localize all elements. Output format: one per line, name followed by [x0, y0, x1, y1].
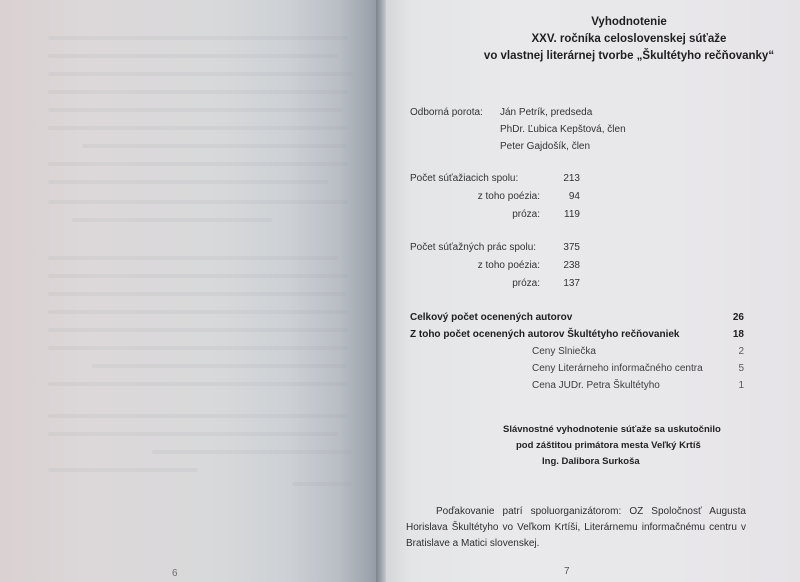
awards-total-row: Celkový počet ocenených autorov 26 [410, 309, 744, 326]
stat-value: 137 [550, 275, 580, 293]
awards-rhymes-row: Z toho počet ocenených autorov Škultétyh… [410, 326, 744, 343]
award-label: Ceny Slniečka [532, 343, 596, 360]
award-row: Ceny Slniečka 2 [410, 343, 744, 360]
page-number-right: 7 [564, 566, 570, 577]
stat-value: 375 [550, 239, 580, 257]
award-value: 2 [738, 343, 744, 360]
awards-total-label: Celkový počet ocenených autorov [410, 309, 572, 326]
right-page: Vyhodnotenie XXV. ročníka celoslovenskej… [386, 0, 800, 582]
stat-row-prose: próza: 119 [410, 206, 580, 224]
title-line-1: Vyhodnotenie [386, 14, 800, 31]
stat-value: 119 [550, 206, 580, 224]
award-value: 5 [738, 360, 744, 377]
ceremony-line-2: pod záštitou primátora mesta Veľký Krtíš [516, 438, 800, 454]
stat-label: Počet súťažiacich spolu: [410, 170, 518, 188]
stat-row-poetry: z toho poézia: 94 [410, 188, 580, 206]
award-row: Cena JUDr. Petra Škultétyho 1 [410, 377, 744, 394]
awards-rhymes-value: 18 [733, 326, 744, 343]
stat-row-poetry: z toho poézia: 238 [410, 257, 580, 275]
jury-member: Peter Gajdošík, člen [500, 138, 626, 155]
show-through-text [42, 30, 362, 500]
jury-members: Ján Petrík, predseda PhDr. Ľubica Kepšto… [500, 104, 626, 155]
acknowledgement-paragraph: Poďakovanie patrí spoluorganizátorom: OZ… [406, 504, 746, 552]
jury-member: PhDr. Ľubica Kepštová, člen [500, 121, 626, 138]
works-stats: Počet súťažných prác spolu: 375 z toho p… [410, 239, 580, 293]
jury-label: Odborná porota: [410, 104, 483, 121]
jury-member: Ján Petrík, predseda [500, 104, 626, 121]
award-value: 1 [738, 377, 744, 394]
stat-label: Počet súťažných prác spolu: [410, 239, 536, 257]
stat-label: z toho poézia: [478, 257, 540, 275]
ceremony-note: Slávnostné vyhodnotenie súťaže sa uskuto… [386, 422, 800, 470]
title-line-2: XXV. ročníka celoslovenskej súťaže [386, 31, 800, 48]
stat-label: z toho poézia: [478, 188, 540, 206]
title-line-3: vo vlastnej literárnej tvorbe „Škultétyh… [386, 48, 800, 65]
award-row: Ceny Literárneho informačného centra 5 [410, 360, 744, 377]
competitors-stats: Počet súťažiacich spolu: 213 z toho poéz… [410, 170, 580, 224]
ceremony-line-1: Slávnostné vyhodnotenie súťaže sa uskuto… [503, 422, 800, 438]
award-label: Ceny Literárneho informačného centra [532, 360, 703, 377]
stat-label: próza: [512, 206, 540, 224]
left-page: 6 [0, 0, 385, 582]
stat-value: 213 [550, 170, 580, 188]
stat-value: 94 [550, 188, 580, 206]
award-label: Cena JUDr. Petra Škultétyho [532, 377, 660, 394]
book-gutter [376, 0, 386, 582]
awards-total-value: 26 [733, 309, 744, 326]
ceremony-line-3: Ing. Dalibora Surkoša [542, 454, 800, 470]
awards-section: Celkový počet ocenených autorov 26 Z toh… [410, 309, 744, 394]
stat-row-total: Počet súťažných prác spolu: 375 [410, 239, 580, 257]
stat-value: 238 [550, 257, 580, 275]
open-booklet-spread: 6 Vyhodnotenie XXV. ročníka celoslovensk… [0, 0, 800, 582]
page-number-left: 6 [172, 568, 178, 579]
stat-row-prose: próza: 137 [410, 275, 580, 293]
document-title: Vyhodnotenie XXV. ročníka celoslovenskej… [386, 14, 800, 65]
awards-rhymes-label: Z toho počet ocenených autorov Škultétyh… [410, 326, 680, 343]
stat-row-total: Počet súťažiacich spolu: 213 [410, 170, 580, 188]
stat-label: próza: [512, 275, 540, 293]
acknowledgement-text: Poďakovanie patrí spoluorganizátorom: OZ… [406, 506, 746, 549]
